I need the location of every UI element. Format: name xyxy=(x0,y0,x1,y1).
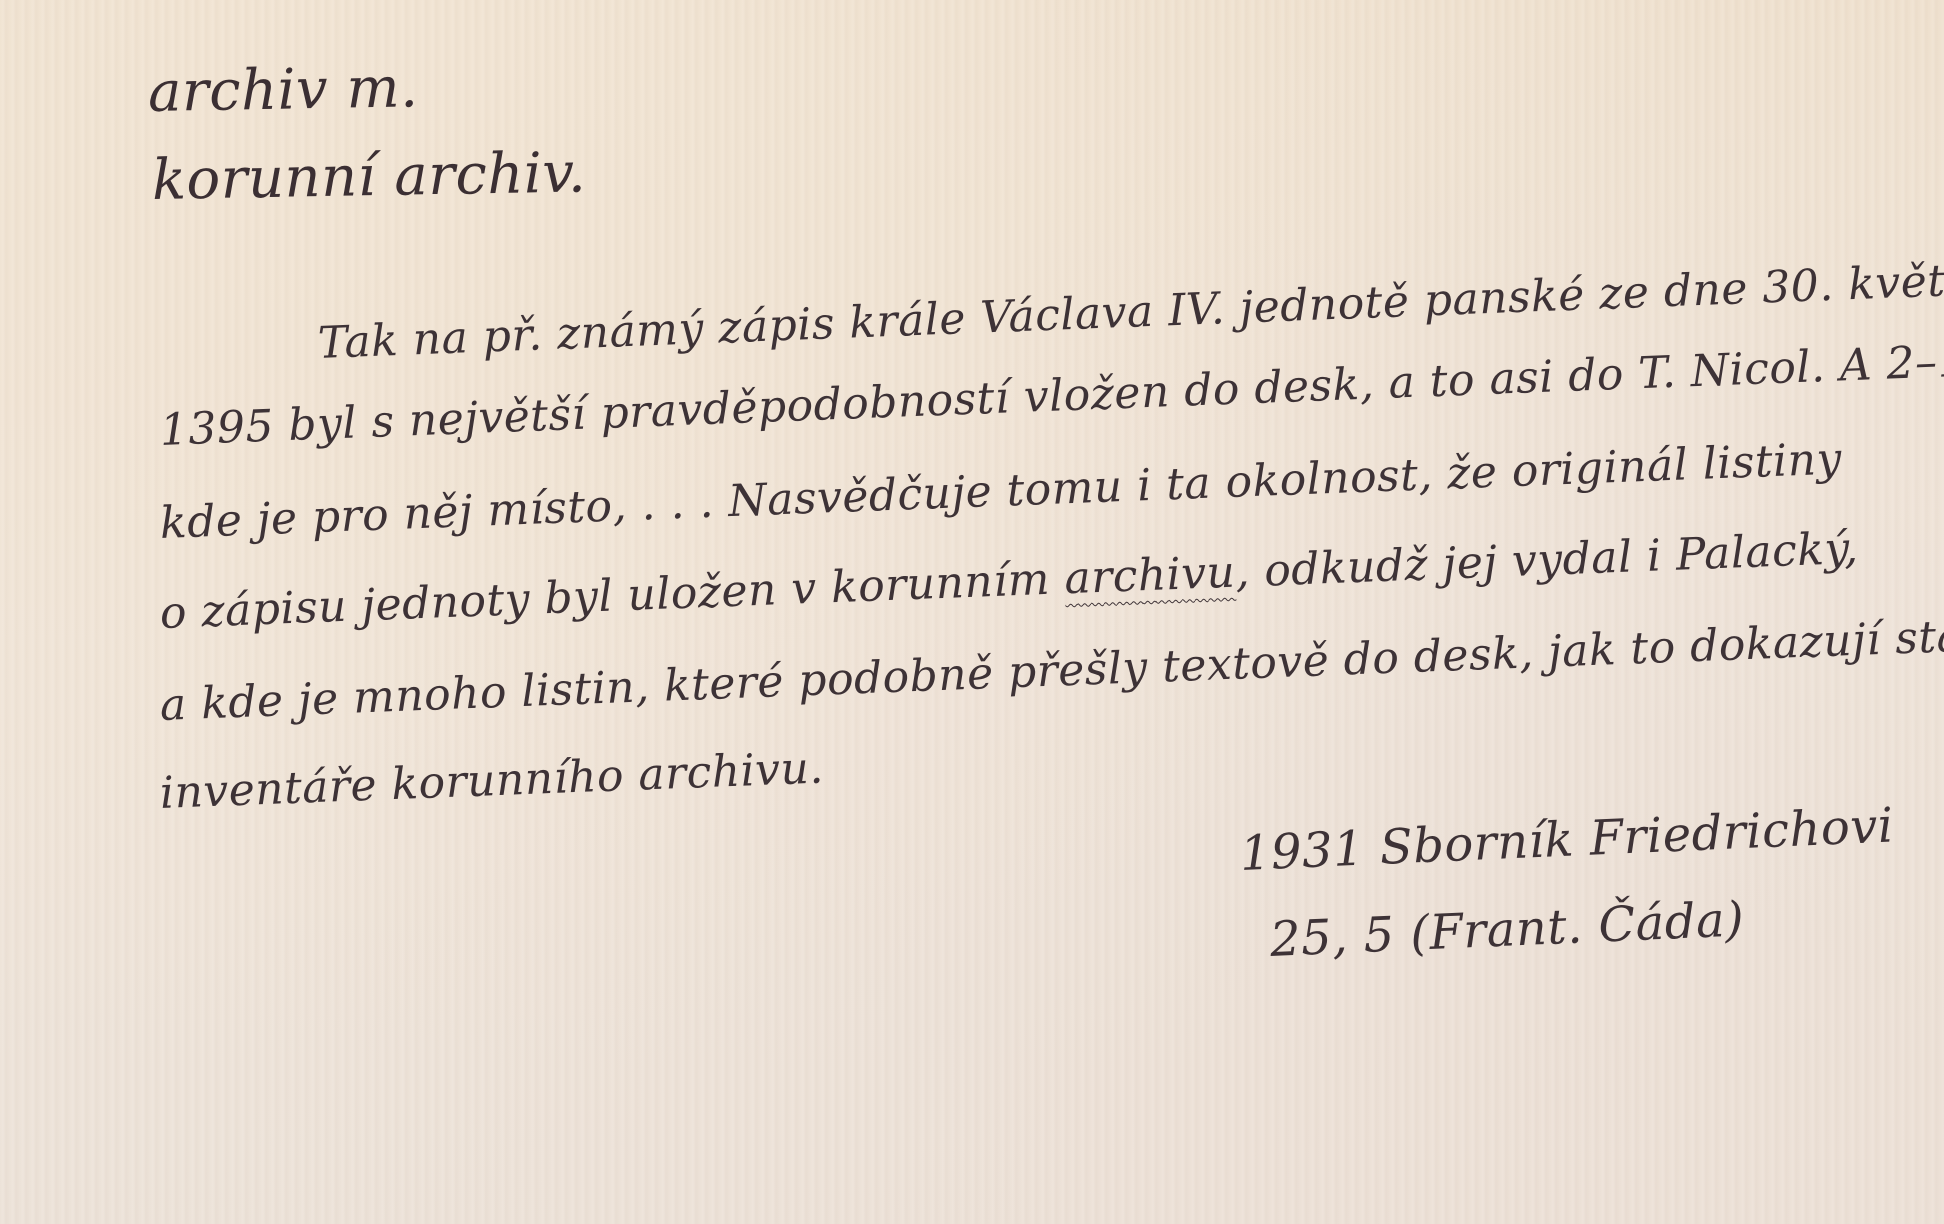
index-card: archiv m. korunní archiv. Tak na př. zná… xyxy=(0,0,1944,1224)
subheading: korunní archiv. xyxy=(151,140,586,213)
underlined-term: archivu xyxy=(1063,547,1236,605)
source-page-author: 25, 5 (Frant. Čáda) xyxy=(1269,891,1746,968)
body-line-4-end: , odkudž jej vydal i Palacký, xyxy=(1234,523,1859,598)
headword: archiv m. xyxy=(147,55,418,125)
body-line-6: inventáře korunního archivu. xyxy=(159,743,825,819)
body-line-3: kde je pro něj místo, . . . Nasvědčuje t… xyxy=(159,433,1843,549)
body-line-4: o zápisu jednoty byl uložen v korunním a… xyxy=(159,523,1859,639)
body-line-4-start: o zápisu jednoty byl uložen v korunním xyxy=(159,553,1065,639)
source-citation: 1931 Sborník Friedrichovi xyxy=(1239,797,1895,881)
